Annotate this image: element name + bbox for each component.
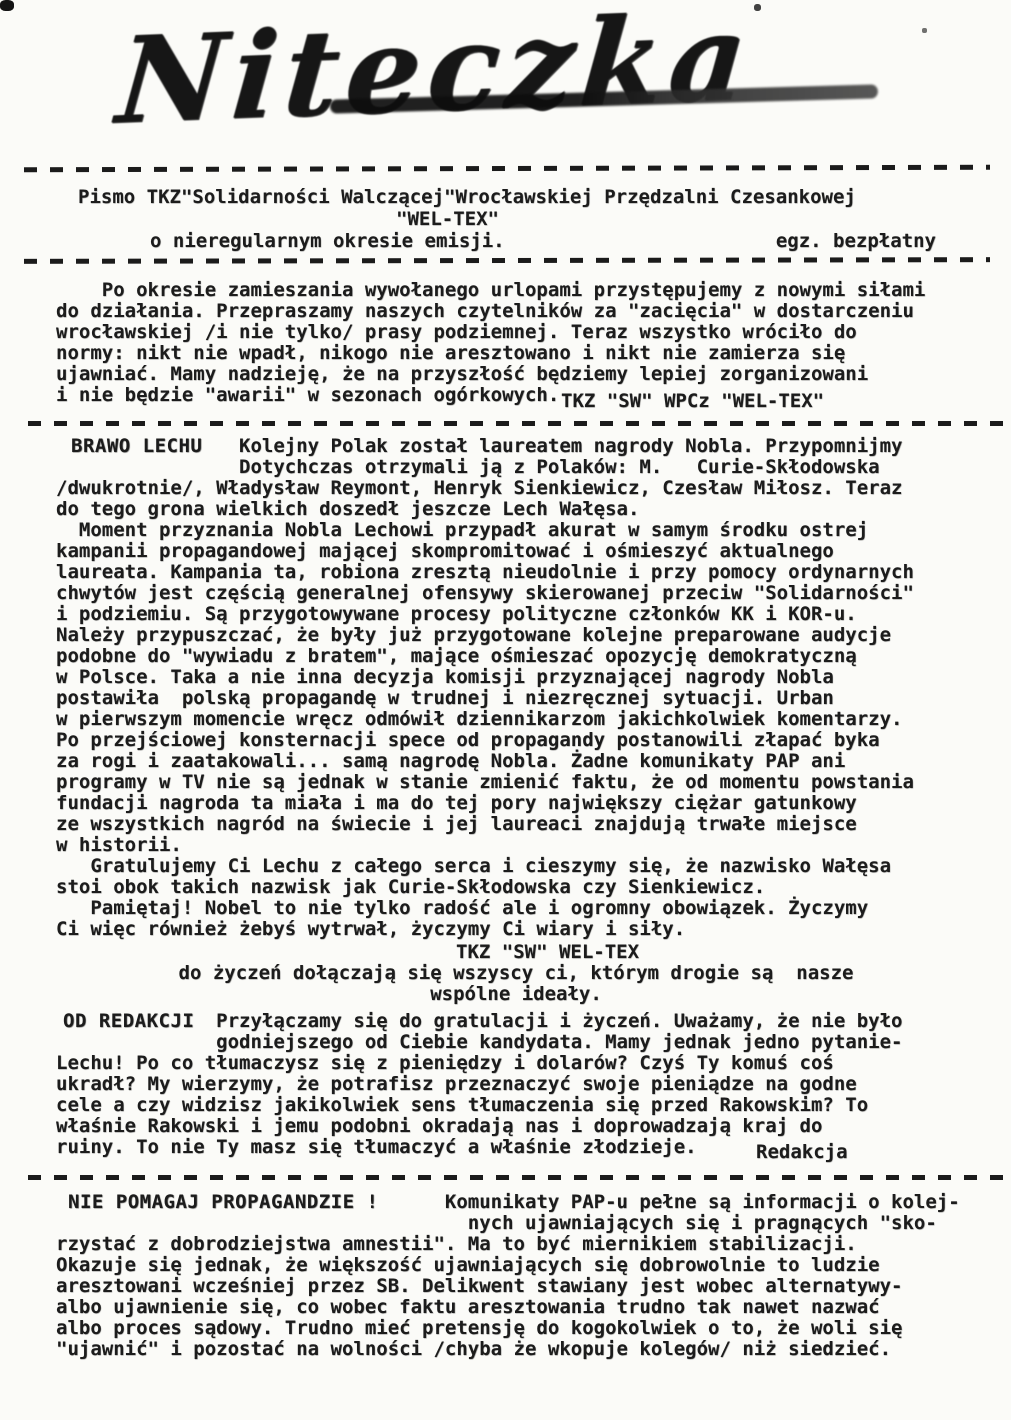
brawo-lechu-article: BRAWO LECHU Kolejny Polak został laureat… (56, 436, 976, 1005)
text-line: w Polsce. Taka a nie inna decyzja komisj… (56, 667, 976, 688)
publisher-line: Pismo TKZ"Solidarności Walczącej"Wrocław… (56, 186, 966, 208)
text-line: albo proces sądowy. Trudno mieć pretensj… (56, 1318, 976, 1339)
price-note: egz. bezpłatny (776, 230, 936, 252)
dashed-divider (24, 257, 990, 264)
text-line: Gratulujemy Ci Lechu z całego serca i ci… (56, 856, 976, 877)
text-line: do tego grona wielkich doszedł jeszcze L… (56, 499, 976, 520)
propaganda-article: NIE POMAGAJ PROPAGANDZIE ! Komunikaty PA… (56, 1192, 976, 1360)
text-line: i podziemiu. Są przygotowywane procesy p… (56, 604, 976, 625)
od-redakcji-body: Przyłączamy się do gratulacji i życzeń. … (56, 1011, 976, 1158)
text-line: aresztowani wcześniej przez SB. Delikwen… (56, 1276, 976, 1297)
text-line: do działania. Przepraszamy naszych czyte… (56, 301, 976, 322)
text-line: "ujawnić" i pozostać na wolności /chyba … (56, 1339, 976, 1360)
dashed-divider (28, 1175, 1003, 1180)
text-line: za rogi i zaatakowali... samą nagrodę No… (56, 751, 976, 772)
text-line: stoi obok takich nazwisk jak Curie-Skłod… (56, 877, 976, 898)
text-line: Moment przyznania Nobla Lechowi przypadł… (56, 520, 976, 541)
brand-line: "WEL-TEX" (56, 208, 966, 230)
brawo-closing: do życzeń dołączają się wszyscy ci, któr… (56, 963, 976, 1005)
text-line: nych ujawniających się i pragnących "sko… (56, 1213, 976, 1234)
text-line: rzystać z dobrodziejstwa amnestii". Ma t… (56, 1234, 976, 1255)
text-line: albo ujawnienie się, co wobec faktu ares… (56, 1297, 976, 1318)
text-line: chwytów jest częścią generalnej ofensywy… (56, 583, 976, 604)
text-line: Dotychczas otrzymali ją z Polaków: M. Cu… (56, 457, 976, 478)
ink-speck (922, 28, 927, 33)
text-line: Po okresie zamieszania wywołanego urlopa… (56, 280, 976, 301)
text-line: ujawniać. Mamy nadzieję, że na przyszłoś… (56, 364, 976, 385)
text-line: kampanii propagandowej mającej skompromi… (56, 541, 976, 562)
propaganda-body: Komunikaty PAP-u pełne są informacji o k… (56, 1192, 976, 1360)
text-line: Pamiętaj! Nobel to nie tylko radość ale … (56, 898, 976, 919)
dashed-divider (28, 421, 1003, 426)
text-line: ukradł? My wierzymy, że potrafisz przezn… (56, 1074, 976, 1095)
text-line: ze wszystkich nagród na świecie i jej la… (56, 814, 976, 835)
text-line: Lechu! Po co tłumaczysz się z pieniędzy … (56, 1053, 976, 1074)
propaganda-heading: NIE POMAGAJ PROPAGANDZIE ! (68, 1192, 378, 1213)
text-line: Należy przypuszczać, że były już przygot… (56, 625, 976, 646)
text-line: postawiła polską propagandę w trudnej i … (56, 688, 976, 709)
text-line: w historii. (56, 835, 976, 856)
text-line: Po przejściowej konsternacji spece od pr… (56, 730, 976, 751)
frequency-note: o nieregularnym okresie emisji. (150, 230, 505, 252)
text-line: Ci więc również żebyś wytrwał, życzymy C… (56, 919, 976, 940)
text-line: w pierwszym momencie wręcz odmówił dzien… (56, 709, 976, 730)
text-line: normy: nikt nie wpadł, nikogo nie areszt… (56, 343, 976, 364)
text-line: godniejszego od Ciebie kandydata. Mamy j… (56, 1032, 976, 1053)
scanned-bulletin-page: Niteczka Pismo TKZ"Solidarności Walczące… (0, 0, 1011, 1420)
intro-paragraph: Po okresie zamieszania wywołanego urlopa… (56, 280, 976, 406)
text-line: właśnie Rakowski i jemu podobni okradają… (56, 1116, 976, 1137)
od-redakcji-article: OD REDAKCJI Przyłączamy się do gratulacj… (56, 1011, 976, 1163)
brawo-signoff: TKZ "SW" WEL-TEX (56, 942, 976, 963)
text-line: do życzeń dołączają się wszyscy ci, któr… (56, 963, 976, 984)
logo-title: Niteczka (112, 0, 924, 156)
ink-speck (0, 0, 14, 11)
masthead-logo: Niteczka (118, 6, 918, 166)
text-line: wspólne ideały. (56, 984, 976, 1005)
brawo-lechu-body: Kolejny Polak został laureatem nagrody N… (56, 436, 976, 940)
text-line: /dwukrotnie/, Władysław Reymont, Henryk … (56, 478, 976, 499)
od-redakcji-heading: OD REDAKCJI (63, 1011, 194, 1032)
text-line: fundacji nagroda ta miała i ma do tej po… (56, 793, 976, 814)
text-line: podobne do "wywiadu z bratem", mające oś… (56, 646, 976, 667)
text-line: laureata. Kampania ta, robiona zresztą n… (56, 562, 976, 583)
text-line: cele a czy widzisz jakikolwiek sens tłum… (56, 1095, 976, 1116)
issue-info-line: o nieregularnym okresie emisji. egz. bez… (56, 230, 966, 252)
brawo-lechu-heading: BRAWO LECHU (71, 436, 202, 457)
body-column: Po okresie zamieszania wywołanego urlopa… (56, 280, 976, 1360)
text-line: wrocławskiej /i nie tylko/ prasy podziem… (56, 322, 976, 343)
text-line: programy w TV nie są jednak w stanie zmi… (56, 772, 976, 793)
intro-section: Po okresie zamieszania wywołanego urlopa… (56, 280, 976, 412)
text-line: Okazuje się jednak, że większość ujawnia… (56, 1255, 976, 1276)
masthead-text: Pismo TKZ"Solidarności Walczącej"Wrocław… (56, 186, 966, 252)
